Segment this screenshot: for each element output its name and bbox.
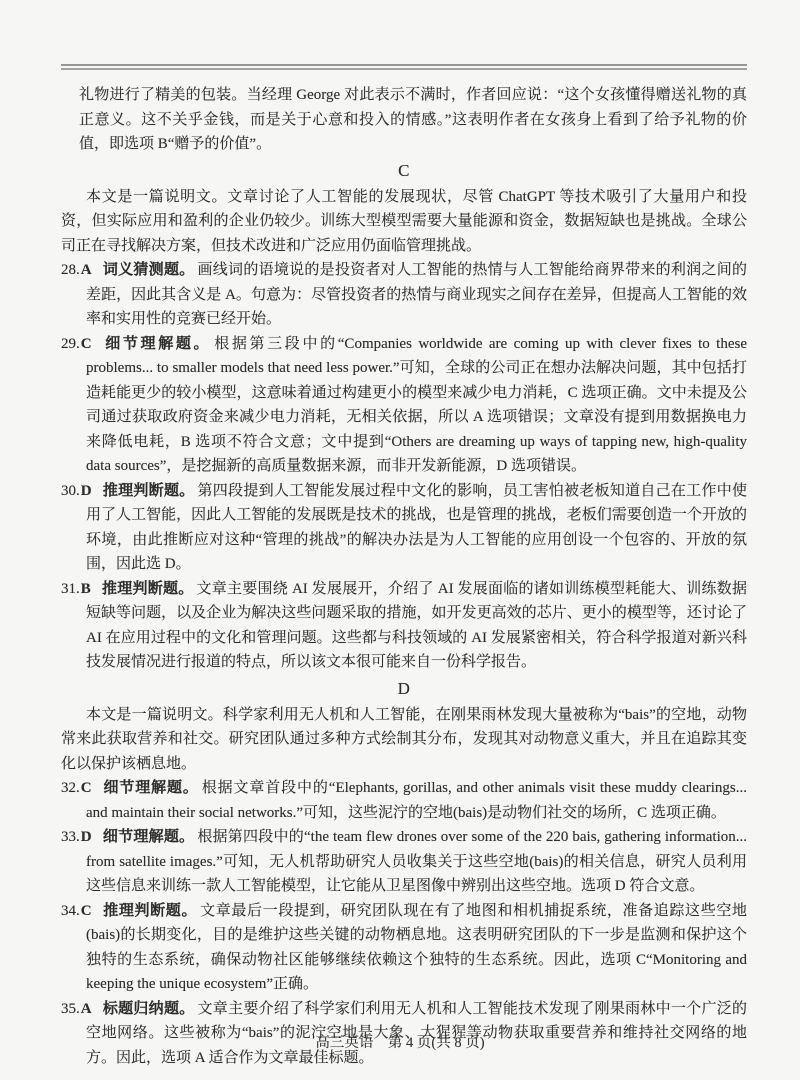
question-type-label: 细节理解题。 [103,780,199,796]
continuation-paragraph: 礼物进行了精美的包装。当经理 George 对此表示不满时，作者回应说：“这个女… [61,83,747,157]
question-type-label: 标题归纳题。 [103,1001,195,1017]
answer-letter: C [81,780,92,796]
answer-item-32: 32.C细节理解题。根据文章首段中的“Elephants, gorillas, … [61,776,747,825]
answer-letter: C [81,903,92,919]
item-number: 32. [61,780,80,796]
exam-answer-key-page: 礼物进行了精美的包装。当经理 George 对此表示不满时，作者回应说：“这个女… [0,0,800,1080]
item-number: 31. [61,581,80,597]
answer-item-33: 33.D细节理解题。根据第四段中的“the team flew drones o… [61,825,747,899]
item-number: 34. [61,903,80,919]
answer-letter: D [81,483,92,499]
question-type-label: 细节理解题。 [103,336,212,352]
answer-letter: A [81,1001,92,1017]
answer-item-30: 30.D推理判断题。第四段提到人工智能发展过程中文化的影响，员工害怕被老板知道自… [61,479,747,577]
answer-letter: A [81,262,92,278]
question-type-label: 细节理解题。 [103,829,195,845]
item-number: 35. [61,1001,80,1017]
answer-letter: D [81,829,92,845]
section-label-d: D [61,675,747,703]
answer-item-28: 28.A词义猜测题。画线词的语境说的是投资者对人工智能的热情与人工智能给商界带来… [61,258,747,332]
item-number: 33. [61,829,80,845]
question-type-label: 推理判断题。 [103,483,195,499]
question-type-label: 推理判断题。 [102,581,194,597]
section-label-c: C [61,157,747,185]
question-type-label: 词义猜测题。 [103,262,195,278]
passage-summary-d: 本文是一篇说明文。科学家利用无人机和人工智能，在刚果雨林发现大量被称为“bais… [61,703,747,777]
answer-letter: C [81,336,92,352]
answer-item-31: 31.B推理判断题。文章主要围绕 AI 发展展开，介绍了 AI 发展面临的诸如训… [61,577,747,675]
top-double-rule [61,64,747,70]
item-number: 28. [61,262,80,278]
passage-summary-c: 本文是一篇说明文。文章讨论了人工智能的发展现状，尽管 ChatGPT 等技术吸引… [61,185,747,259]
item-number: 29. [61,336,80,352]
answer-item-34: 34.C推理判断题。文章最后一段提到，研究团队现在有了地图和相机捕捉系统，准备追… [61,899,747,997]
question-type-label: 推理判断题。 [103,903,198,919]
page-content: 礼物进行了精美的包装。当经理 George 对此表示不满时，作者回应说：“这个女… [61,64,747,1070]
page-footer: 高三英语 第 4 页(共 8 页) [0,1031,800,1052]
answer-item-29: 29.C细节理解题。根据第三段中的“Companies worldwide ar… [61,332,747,479]
item-number: 30. [61,483,80,499]
item-explanation: 根据第三段中的“Companies worldwide are coming u… [86,336,747,475]
answer-letter: B [81,581,91,597]
